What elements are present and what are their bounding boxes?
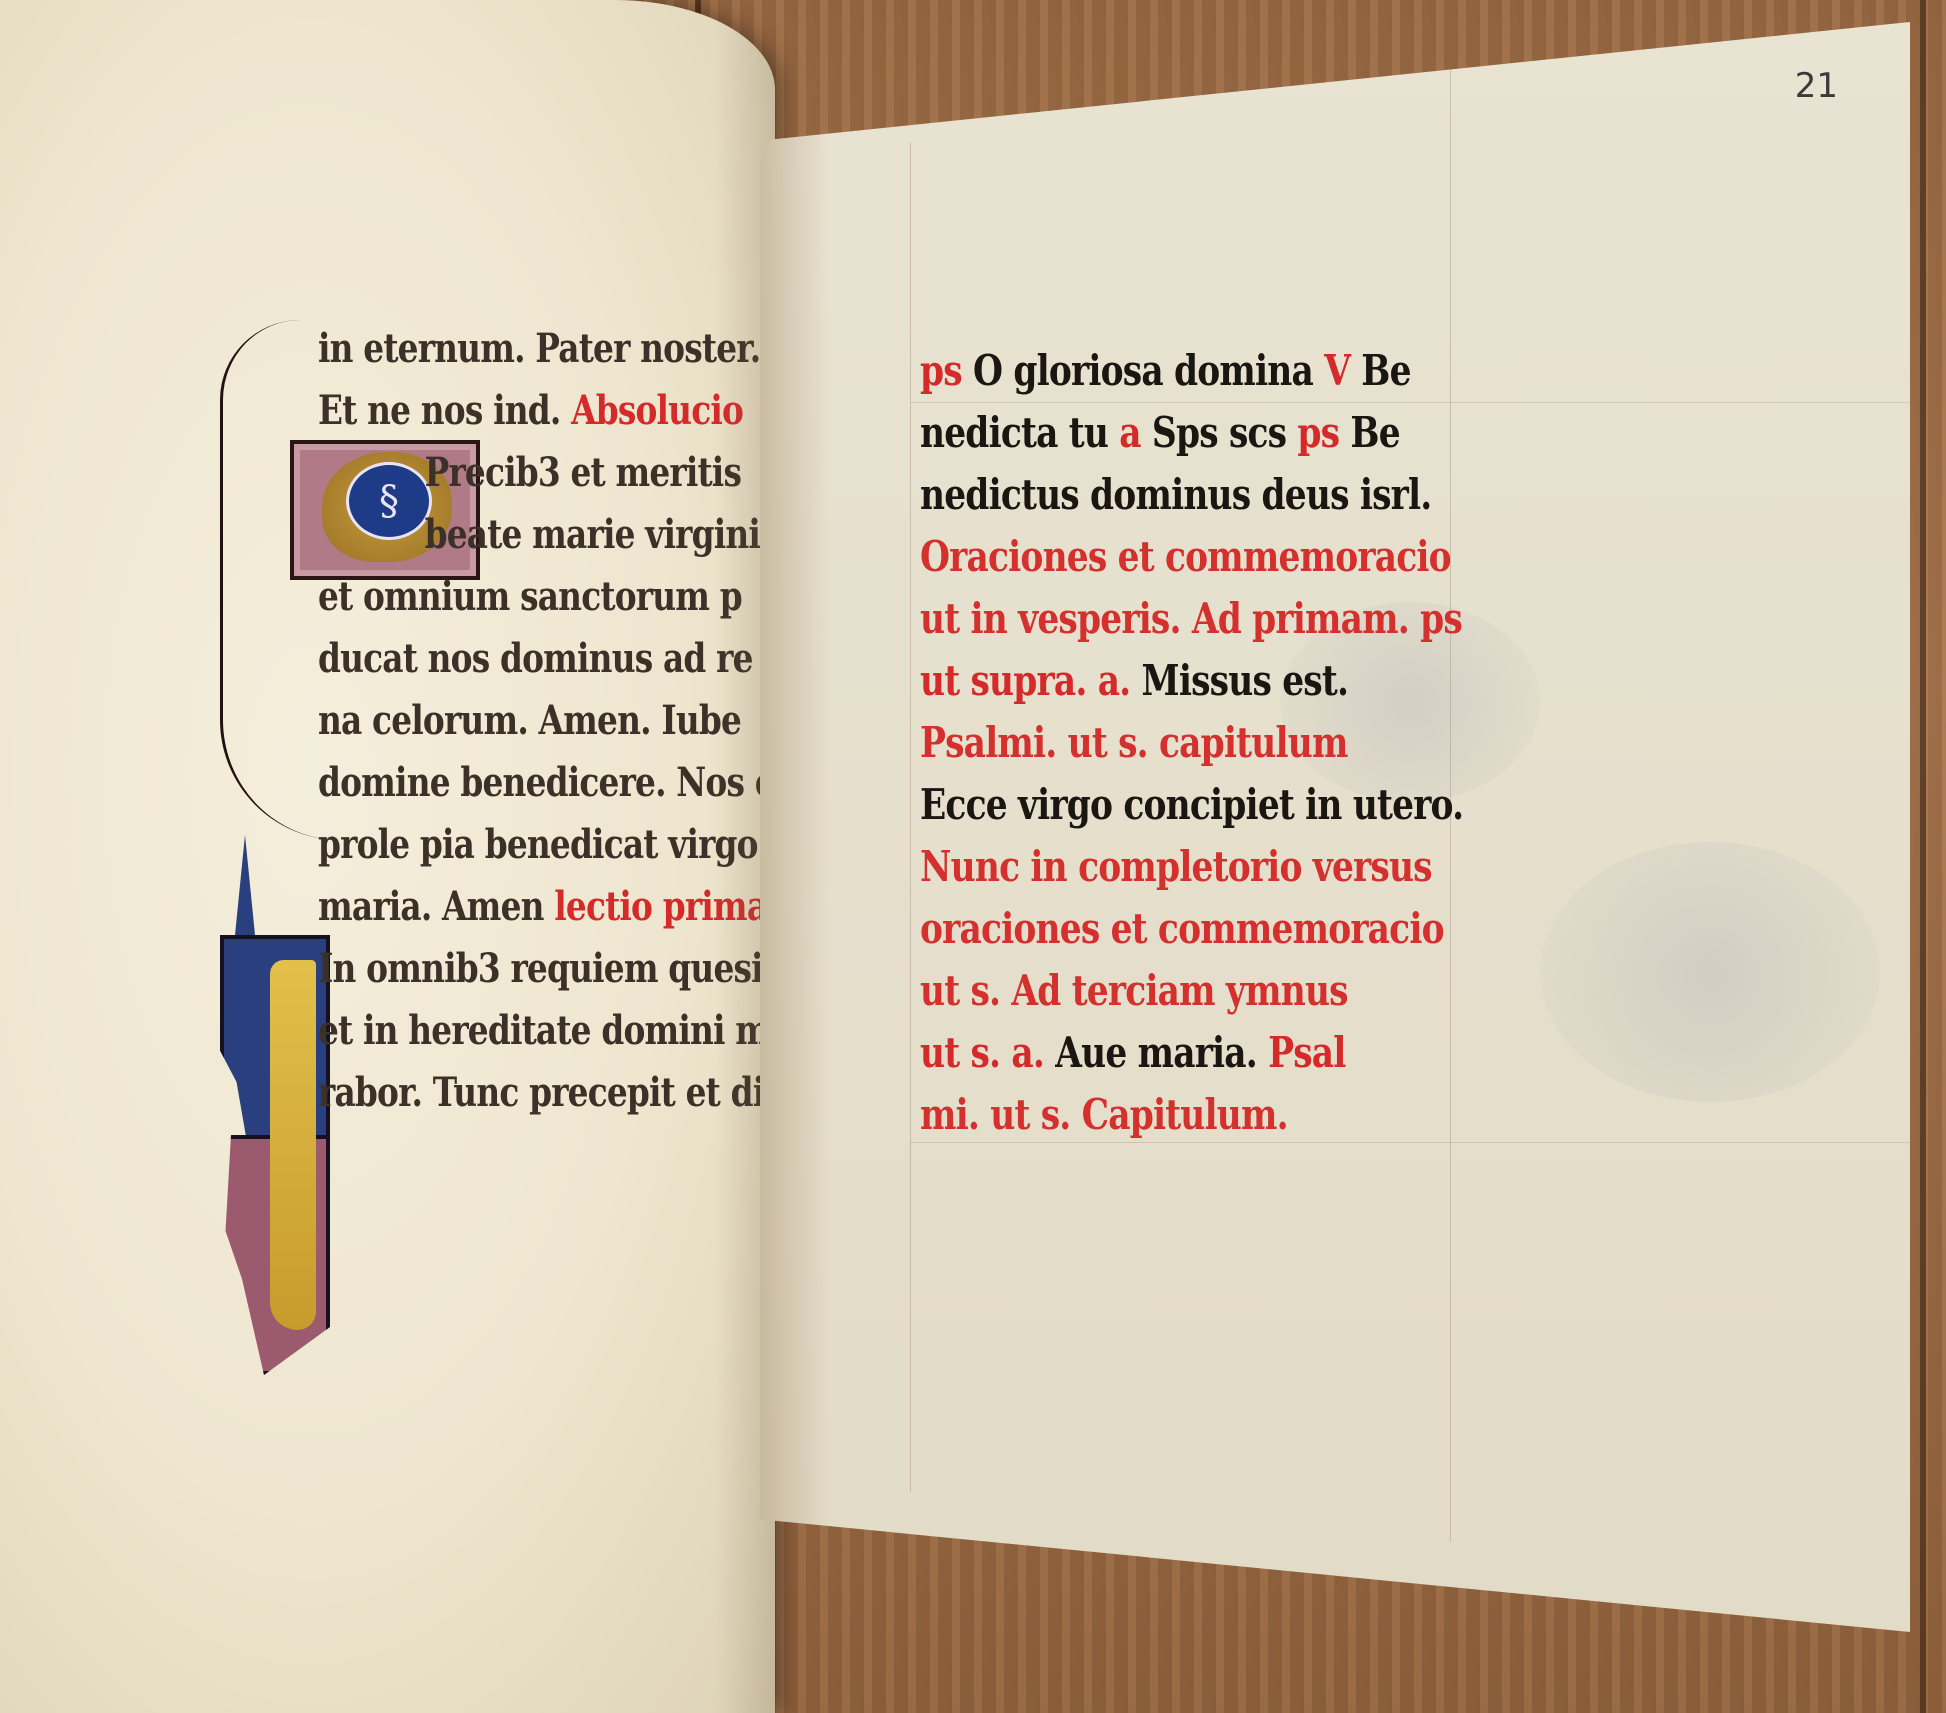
- text-line: na celorum. Amen. Iube: [318, 690, 695, 752]
- text-line: rabor. Tunc precepit et dixit: [318, 1062, 695, 1124]
- wood-plank-seam: [1920, 0, 1926, 1713]
- text-line: mi. ut s. Capitulum.: [920, 1084, 1428, 1146]
- line-segment: Missus est.: [1142, 656, 1349, 705]
- text-line: nedictus dominus deus isrl.: [920, 464, 1428, 526]
- text-line: beate marie virginis: [318, 504, 695, 566]
- line-segment: Sps scs: [1152, 408, 1298, 457]
- text-line: Psalmi. ut s. capitulum: [920, 712, 1428, 774]
- text-line: ducat nos dominus ad re: [318, 628, 695, 690]
- text-line: Oraciones et commemoracio: [920, 526, 1428, 588]
- text-line: ps O gloriosa domina V Be: [920, 340, 1428, 402]
- rubric-segment: ut supra. a.: [920, 656, 1142, 705]
- rubric-segment: Psal: [1268, 1028, 1345, 1077]
- text-line: ut supra. a. Missus est.: [920, 650, 1428, 712]
- text-line: Nunc in completorio versus: [920, 836, 1428, 898]
- text-line: in eternum. Pater noster.: [318, 318, 695, 380]
- line-segment: nedicta tu: [920, 408, 1119, 457]
- rubric-segment: Absolucio: [571, 387, 743, 434]
- initial-gold-stroke: [270, 960, 316, 1330]
- line-segment: O gloriosa domina: [973, 346, 1324, 395]
- rubric-segment: ps: [1297, 408, 1350, 457]
- text-line: et omnium sanctorum p: [318, 566, 695, 628]
- text-line: Ecce virgo concipiet in utero.: [920, 774, 1428, 836]
- initial-spike: [235, 835, 255, 935]
- rubric-segment: ut s. a.: [920, 1028, 1055, 1077]
- text-line: prole pia benedicat virgo: [318, 814, 695, 876]
- illuminated-initial-i: [200, 835, 330, 1395]
- text-line: maria. Amen lectio prima: [318, 876, 695, 938]
- rubric-segment: lectio prima: [554, 883, 767, 930]
- rubric-segment: a: [1119, 408, 1152, 457]
- text-line: ut s. Ad terciam ymnus: [920, 960, 1428, 1022]
- text-line: ut in vesperis. Ad primam. ps: [920, 588, 1428, 650]
- line-segment: maria. Amen: [318, 883, 554, 930]
- line-segment: Et ne nos ind.: [318, 387, 571, 434]
- line-segment: Be: [1361, 346, 1410, 395]
- rubric-segment: ps: [920, 346, 973, 395]
- folio-number: 21: [1795, 66, 1838, 106]
- gutter-shadow: [760, 22, 830, 1632]
- right-manuscript-page: 21 ps O gloriosa domina V Be nedicta tu …: [760, 22, 1910, 1632]
- line-segment: Aue maria.: [1055, 1028, 1268, 1077]
- text-line: Et ne nos ind. Absolucio: [318, 380, 695, 442]
- line-segment: in eternum.: [318, 325, 535, 372]
- left-text-block: in eternum. Pater noster. Et ne nos ind.…: [318, 318, 775, 1124]
- text-line: In omnib3 requiem quesiui: [318, 938, 695, 1000]
- left-manuscript-page: § in eternum. Pater noster. Et ne nos in…: [0, 0, 775, 1713]
- text-line: domine benedicere. Nos cu: [318, 752, 695, 814]
- text-line: et in hereditate domini m: [318, 1000, 695, 1062]
- rubric-segment: V: [1324, 346, 1361, 395]
- text-line: oraciones et commemoracio: [920, 898, 1428, 960]
- text-line: Precib3 et meritis: [318, 442, 695, 504]
- ruling-line: [910, 142, 911, 1492]
- line-segment: Pater noster.: [535, 325, 760, 372]
- text-line: ut s. a. Aue maria. Psal: [920, 1022, 1428, 1084]
- right-text-block: ps O gloriosa domina V Be nedicta tu a S…: [920, 340, 1540, 1146]
- stain: [1540, 842, 1880, 1102]
- text-line: nedicta tu a Sps scs ps Be: [920, 402, 1428, 464]
- line-segment: Be: [1350, 408, 1399, 457]
